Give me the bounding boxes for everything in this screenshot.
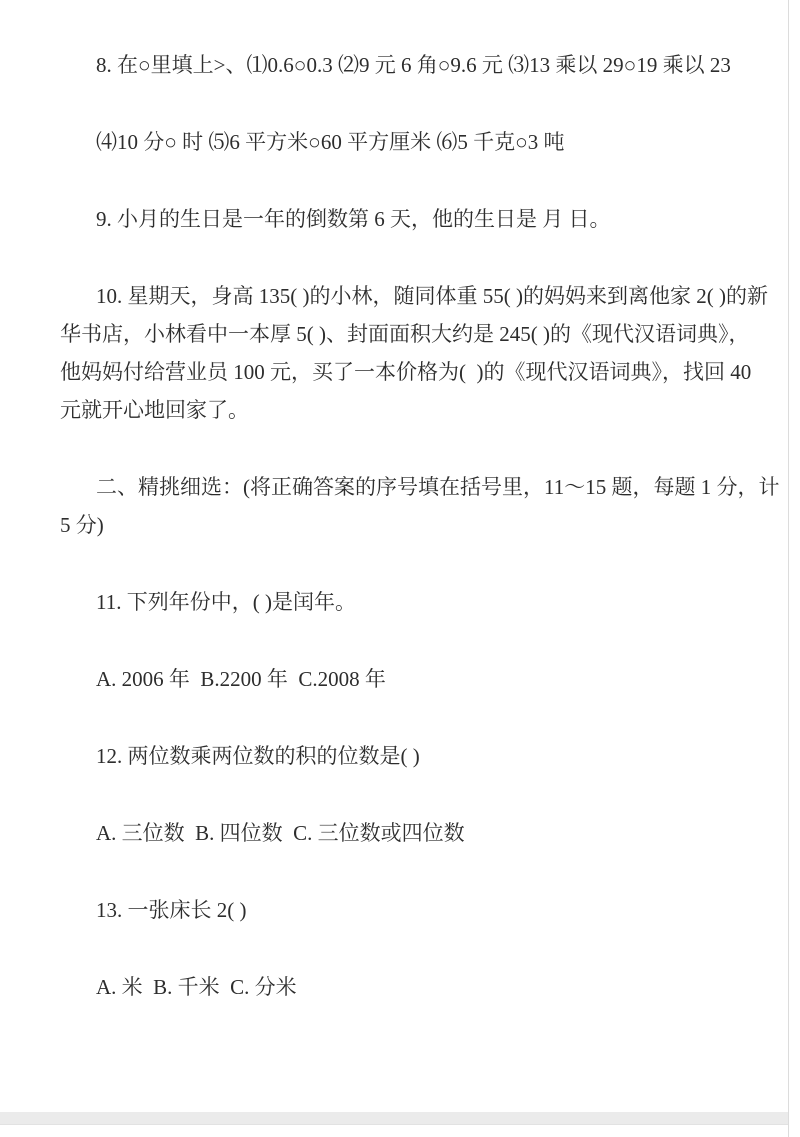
question-10-line-3: 他妈妈付给营业员 100 元，买了一本价格为( )的《现代汉语词典》，找回 40 (60, 353, 752, 391)
question-10-line-2: 华书店，小林看中一本厚 5( )、封面面积大约是 245( )的《现代汉语词典》… (60, 315, 752, 353)
question-11-options: A. 2006 年 B.2200 年 C.2008 年 (60, 660, 752, 698)
section-2-header-line-2: 5 分) (60, 506, 752, 544)
question-8-line-1: 8. 在○里填上>、⑴0.6○0.3 ⑵9 元 6 角○9.6 元 ⑶13 乘以… (60, 46, 752, 84)
question-13: 13. 一张床长 2( ) (60, 891, 752, 929)
question-12-options: A. 三位数 B. 四位数 C. 三位数或四位数 (60, 814, 752, 852)
question-10-line-1: 10. 星期天，身高 135( )的小林，随同体重 55( )的妈妈来到离他家 … (60, 277, 752, 315)
page-edge-line (788, 0, 789, 1137)
question-10-line-4: 元就开心地回家了。 (60, 391, 752, 429)
page-break-gap (0, 1112, 788, 1125)
question-9: 9. 小月的生日是一年的倒数第 6 天，他的生日是 月 日。 (60, 200, 752, 238)
question-8-line-2: ⑷10 分○ 时 ⑸6 平方米○60 平方厘米 ⑹5 千克○3 吨 (60, 123, 752, 161)
next-page-top (0, 1125, 788, 1137)
question-13-options: A. 米 B. 千米 C. 分米 (60, 968, 752, 1006)
section-2-header-line-1: 二、精挑细选：(将正确答案的序号填在括号里，11～15 题，每题 1 分，计 (60, 468, 752, 506)
question-12: 12. 两位数乘两位数的积的位数是( ) (60, 737, 752, 775)
document-content: 8. 在○里填上>、⑴0.6○0.3 ⑵9 元 6 角○9.6 元 ⑶13 乘以… (60, 46, 752, 1006)
question-11: 11. 下列年份中，( )是闰年。 (60, 583, 752, 621)
